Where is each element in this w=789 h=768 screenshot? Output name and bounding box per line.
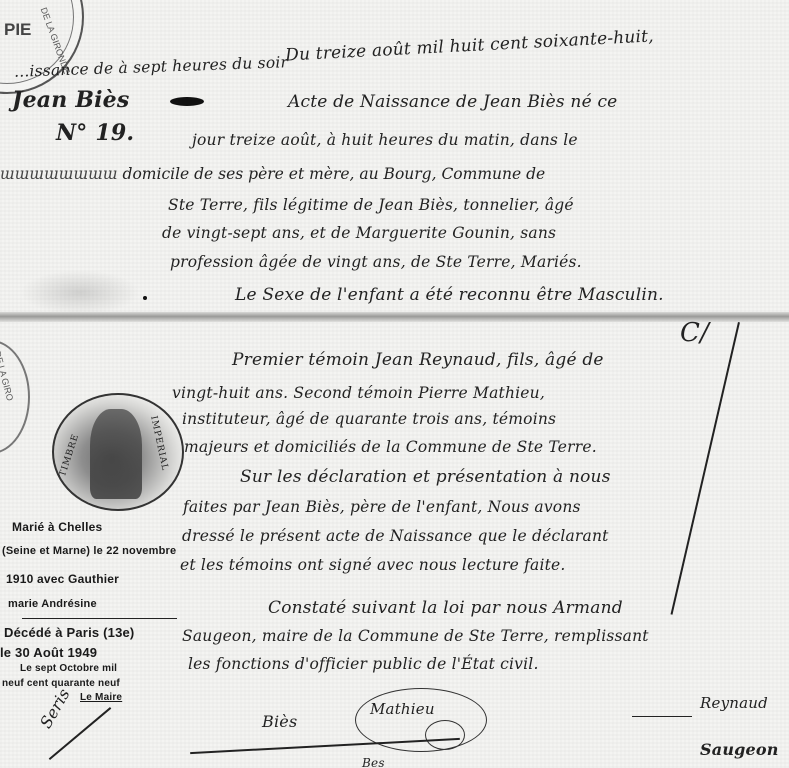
body-line-6: profession âgée de vingt ans, de Ste Ter…: [170, 253, 582, 271]
timbre-imperial-seal: TIMBRE IMPERIAL: [52, 393, 184, 511]
signature-reynaud: Reynaud: [700, 694, 768, 712]
body2-line-2: vingt-huit ans. Second témoin Pierre Mat…: [172, 384, 545, 402]
body2-line-5: Sur les déclaration et présentation à no…: [240, 467, 611, 487]
ink-dot: [143, 296, 147, 300]
body-line-5: de vingt-sept ans, et de Marguerite Goun…: [162, 224, 556, 242]
body-line-4: Ste Terre, fils légitime de Jean Biès, t…: [168, 196, 574, 214]
body2-line-3: instituteur, âgé de quarante trois ans, …: [182, 410, 556, 428]
body2-line-4: majeurs et domiciliés de la Commune de S…: [184, 438, 597, 456]
marriage-note-line-4: marie Andrésine: [8, 598, 97, 610]
document-page: PIE DE LA GIRONDE Du treize août mil hui…: [0, 0, 789, 768]
reynaud-underline: [632, 716, 692, 717]
copie-stamp-label: PIE: [4, 20, 31, 40]
signature-flourish-loop: [425, 720, 465, 750]
signature-left-margin: Seris: [36, 685, 74, 731]
page-fold: [0, 312, 789, 322]
signature-saugeon: Saugeon: [700, 740, 779, 759]
body2-line-9: Constaté suivant la loi par nous Armand: [268, 598, 623, 618]
body2-line-7: dressé le présent acte de Naissance que …: [182, 527, 609, 545]
paper-smudge: [20, 270, 140, 315]
margin-act-number: N° 19.: [56, 120, 134, 146]
body-line-7: Le Sexe de l'enfant a été reconnu être M…: [235, 285, 664, 305]
death-note-line-2: le 30 Août 1949: [0, 645, 97, 660]
body-line-3: ɯɯɯɯɯɯɯɯ domicile de ses père et mère, a…: [0, 165, 545, 183]
signature-partial: Bes: [362, 756, 385, 768]
death-note-line-1: Décédé à Paris (13e): [4, 625, 134, 640]
body-line-1: Acte de Naissance de Jean Biès né ce: [288, 92, 617, 112]
death-note-line-5: Le Maire: [80, 692, 122, 703]
signature-mathieu: Mathieu: [370, 700, 435, 718]
timbre-right-text: IMPERIAL: [148, 415, 169, 472]
body-line-2: jour treize août, à huit heures du matin…: [192, 131, 578, 149]
marriage-note-line-3: 1910 avec Gauthier: [6, 572, 119, 586]
margin-child-name: Jean Biès: [12, 87, 129, 113]
body2-line-1: Premier témoin Jean Reynaud, fils, âgé d…: [232, 350, 604, 370]
body2-line-10: Saugeon, maire de la Commune de Ste Terr…: [182, 627, 649, 645]
signature-bies: Biès: [262, 712, 297, 731]
body2-line-11: les fonctions d'officier public de l'Éta…: [188, 655, 539, 673]
header-line-1: Du treize août mil huit cent soixante-hu…: [285, 26, 655, 65]
ink-blot: [170, 97, 204, 106]
body-line-3-text: domicile de ses père et mère, au Bourg, …: [123, 165, 546, 183]
body2-line-6: faites par Jean Biès, père de l'enfant, …: [183, 498, 581, 516]
seated-figure-icon: [90, 409, 142, 499]
strike-line: [671, 322, 740, 615]
marriage-note-line-2: (Seine et Marne) le 22 novembre: [2, 545, 176, 557]
body2-line-8: et les témoins ont signé avec nous lectu…: [180, 556, 566, 574]
marriage-note-line-1: Marié à Chelles: [12, 520, 102, 534]
timbre-left-text: TIMBRE: [58, 432, 81, 478]
margin-divider: [22, 618, 177, 619]
correction-mark: C/: [680, 318, 709, 348]
death-note-line-3: Le sept Octobre mil: [20, 663, 117, 674]
